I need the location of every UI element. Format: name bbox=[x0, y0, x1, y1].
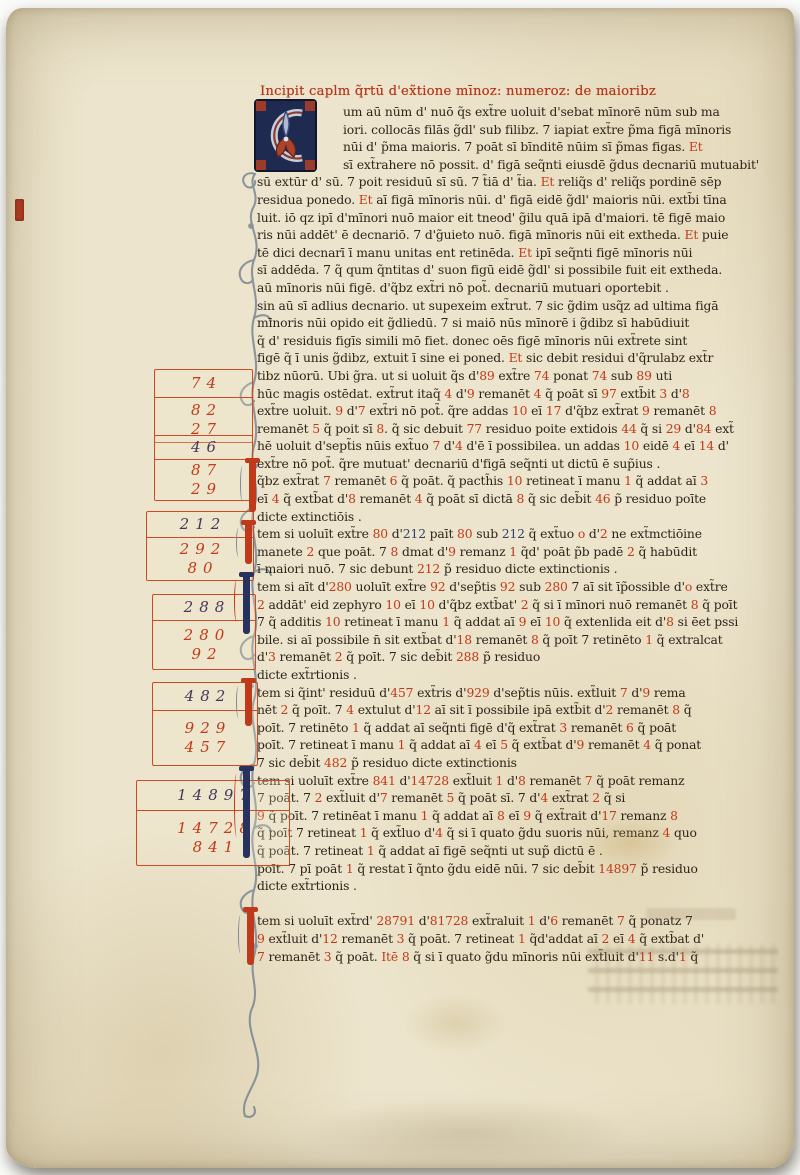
text-segment: d' bbox=[415, 914, 430, 928]
parchment-stain bbox=[386, 983, 526, 1063]
text-segment: q̃ si bbox=[600, 791, 625, 805]
text-segment: q̃bz ext̃rat bbox=[257, 474, 323, 488]
text-segment: 17 bbox=[601, 809, 616, 823]
text-segment: mīnoris nūi opido eit g̃dliedū. 7 si mai… bbox=[257, 316, 689, 330]
text-line: hūc magis ostēdat. ext̃rut itaq̃ 4 d'9 r… bbox=[257, 386, 777, 404]
text-segment: 44 bbox=[621, 422, 636, 436]
text-segment: que poāt. 7 bbox=[314, 545, 390, 559]
initial-flourish bbox=[238, 915, 243, 954]
text-segment: 9 bbox=[467, 387, 475, 401]
text-line: nūi d' p̃ma maioris. 7 poāt sī bīnditē n… bbox=[257, 139, 777, 157]
text-segment: nēt bbox=[257, 703, 281, 717]
text-segment: d' bbox=[714, 439, 729, 453]
medieval-numeral: 288 bbox=[178, 598, 231, 617]
paragraph-initial-I bbox=[239, 574, 255, 634]
text-segment: retineat ī manu bbox=[341, 615, 443, 629]
initial-stem bbox=[245, 522, 252, 564]
text-segment: eidē bbox=[639, 439, 672, 453]
text-segment: 3 bbox=[659, 387, 667, 401]
text-segment: d' bbox=[396, 774, 411, 788]
text-segment: ext̃ bbox=[711, 422, 734, 436]
text-segment: d' bbox=[343, 404, 358, 418]
text-segment: d' bbox=[257, 650, 268, 664]
text-segment: ext̃luit d' bbox=[265, 932, 323, 946]
text-segment: remanēt bbox=[257, 422, 312, 436]
text-segment: q̃ ext̃luo d' bbox=[367, 826, 435, 840]
text-segment: rema bbox=[650, 686, 685, 700]
box-cell: 8729 bbox=[155, 459, 252, 500]
paragraph-initial-I bbox=[245, 460, 261, 512]
text-segment: 8 bbox=[666, 615, 674, 629]
text-segment: ris nūi addēt' ē decnariō. 7 d'g̃uieto n… bbox=[257, 228, 684, 242]
text-segment: poīt. 7 retineat ī manu bbox=[257, 738, 398, 752]
text-line: 2 addāt' eid zephyro 10 eī 10 d'q̃bz ext… bbox=[257, 597, 777, 615]
text-segment: 97 bbox=[601, 387, 616, 401]
text-segment: 1 bbox=[367, 844, 375, 858]
text-segment: dmat d' bbox=[398, 545, 448, 559]
text-line: sū extūr d' sū. 7 poit residuū sī sū. 7 … bbox=[257, 174, 777, 192]
text-line: dicte ext̃rtionis . bbox=[257, 667, 777, 685]
text-segment: d' bbox=[681, 422, 696, 436]
text-segment: uoluīt ext̃re bbox=[352, 580, 430, 594]
text-line: sī ext̃rahere nō possit. d' figā seq̃nti… bbox=[257, 157, 777, 175]
text-segment: retineat ī manu bbox=[522, 474, 624, 488]
initial-flourish bbox=[236, 528, 241, 557]
text-segment: eī bbox=[505, 809, 524, 823]
text-line: tem si uoluīt ext̃re 80 d'212 paīt 80 su… bbox=[257, 526, 777, 544]
text-segment: 280 bbox=[329, 580, 352, 594]
text-segment: puie bbox=[698, 228, 728, 242]
text-segment: 14897 bbox=[598, 862, 637, 876]
text-segment: addāt' eid zephyro bbox=[265, 598, 386, 612]
text-segment: q̃ addat aī bbox=[428, 809, 497, 823]
box-cell: 46 bbox=[155, 436, 252, 459]
text-segment: d' bbox=[388, 527, 403, 541]
text-segment: sub bbox=[515, 580, 544, 594]
text-segment: paīt bbox=[426, 527, 457, 541]
text-segment: 74 bbox=[592, 369, 607, 383]
text-line: sin aū sī adlius decnario. ut supexeim e… bbox=[257, 298, 777, 316]
text-line: nēt 2 q̃ poīt. 7 4 extulut d'12 aī sit ī… bbox=[257, 702, 777, 720]
text-segment: 3 bbox=[559, 721, 567, 735]
text-segment: extulut d' bbox=[354, 703, 416, 717]
text-segment: q̃ poāt bbox=[634, 721, 676, 735]
text-segment: 9 bbox=[642, 404, 650, 418]
text-segment: Et bbox=[518, 246, 532, 260]
initial-stem bbox=[243, 768, 250, 858]
text-segment: p̃ residuo bbox=[479, 650, 540, 664]
text-segment: 1 bbox=[509, 545, 517, 559]
manuscript-scan: { "palette": { "ink": "#2e2419", "red": … bbox=[0, 0, 800, 1175]
text-segment: 7 bbox=[617, 914, 625, 928]
text-segment: remanēt bbox=[276, 650, 335, 664]
text-column: um aū nūm d' nuō q̃s ext̃re uoluit d'seb… bbox=[257, 104, 777, 966]
text-segment: d' bbox=[667, 387, 682, 401]
text-line: q̃ poīt 7 retineat 1 q̃ ext̃luo d'4 q̃ s… bbox=[257, 825, 777, 843]
text-segment: 77 bbox=[467, 422, 482, 436]
box-cell: 14897 bbox=[137, 781, 289, 810]
text-segment: residuo poite extidois bbox=[482, 422, 621, 436]
text-line: manete 2 que poāt. 7 8 dmat d'9 remanz 1… bbox=[257, 544, 777, 562]
text-segment: q̃ si ī mīnori nuō remanēt bbox=[528, 598, 690, 612]
medieval-numeral: 80 bbox=[181, 559, 218, 578]
text-segment: 8 bbox=[531, 633, 539, 647]
text-segment: 4 bbox=[415, 492, 423, 506]
text-segment: aī sit ī possibile ipā extb̃it d' bbox=[431, 703, 606, 717]
text-segment: 2 bbox=[592, 791, 600, 805]
text-segment: 8 bbox=[672, 703, 680, 717]
text-segment: remanēt bbox=[584, 738, 643, 752]
text-segment: q̃ addat aī figē seq̃nti ut sup̃ dictū ē… bbox=[375, 844, 603, 858]
text-segment: 10 bbox=[512, 404, 527, 418]
text-segment: ext̃re bbox=[495, 369, 534, 383]
text-line: aū mīnoris nūi figē. d'q̃bz ext̃ri nō po… bbox=[257, 280, 777, 298]
text-segment: 6 bbox=[626, 721, 634, 735]
text-line: poīt. 7 retineat ī manu 1 q̃ addat aī 4 … bbox=[257, 737, 777, 755]
box-cell: 14728841 bbox=[137, 810, 289, 865]
text-line: poīt. 7 pī poāt 1 q̃ restat ī q̃nto g̃du… bbox=[257, 861, 777, 879]
text-segment: remanēt bbox=[650, 404, 709, 418]
text-segment: 4 bbox=[643, 738, 651, 752]
text-segment: 2 bbox=[600, 527, 608, 541]
text-segment: 6 bbox=[550, 914, 558, 928]
text-line: dicte ext̃rtionis . bbox=[257, 878, 777, 896]
text-segment: 10 bbox=[325, 615, 340, 629]
text-segment: q̃ sic deb̃it bbox=[524, 492, 595, 506]
text-line: tē dici decnarī ī manu unitas ent retinē… bbox=[257, 245, 777, 263]
text-segment: q̃ ext̃uo bbox=[525, 527, 578, 541]
text-segment: 17 bbox=[546, 404, 561, 418]
initial-flourish bbox=[240, 466, 245, 502]
text-segment: 9 bbox=[642, 686, 650, 700]
text-segment: remanēt bbox=[265, 950, 324, 964]
medieval-numeral: 92 bbox=[185, 645, 222, 664]
text-line: poīt. 7 retinēto 1 q̃ addat aī seq̃nti f… bbox=[257, 720, 777, 738]
text-segment: um aū nūm d' nuō q̃s ext̃re uoluit d'seb… bbox=[343, 105, 720, 119]
text-segment: 80 bbox=[373, 527, 388, 541]
text-segment: q̃ poīt. 7 sic deb̃it bbox=[342, 650, 456, 664]
text-segment: 8 bbox=[497, 809, 505, 823]
text-segment: p̃ residuo bbox=[637, 862, 698, 876]
text-segment: q̃ poīt 7 retinēto bbox=[539, 633, 646, 647]
text-segment: 7 bbox=[358, 404, 366, 418]
text-segment: q̃ poīt bbox=[698, 598, 737, 612]
parchment-stain bbox=[256, 1088, 676, 1175]
text-segment: remanēt bbox=[558, 914, 617, 928]
text-segment: remanz bbox=[617, 809, 670, 823]
text-segment: eī bbox=[401, 598, 420, 612]
text-segment: 1 bbox=[624, 474, 632, 488]
text-segment: sub bbox=[472, 527, 501, 541]
text-segment: d'ē ī possibilea. un addas bbox=[463, 439, 624, 453]
text-segment: tem si uoluīt ext̃re bbox=[257, 527, 373, 541]
text-line: q̃ poāt. 7 retineat 1 q̃ addat aī figē s… bbox=[257, 843, 777, 861]
text-segment: sin aū sī adlius decnario. ut supexeim e… bbox=[257, 299, 718, 313]
rubric-title: Incipit caplm q̃rtū d'ex̃tione mīnoz: nu… bbox=[260, 84, 700, 99]
text-segment: uti bbox=[652, 369, 672, 383]
text-segment: 8 bbox=[518, 774, 526, 788]
text-segment: hē uoluit d'sept̃is nūis ext̃uo bbox=[257, 439, 432, 453]
text-segment: 8 bbox=[402, 950, 410, 964]
text-segment: o bbox=[578, 527, 585, 541]
text-segment: q̃ poāt sī bbox=[541, 387, 601, 401]
initial-stem bbox=[247, 909, 254, 965]
text-line: iori. collocās filās g̃dl' sub filibz. 7… bbox=[257, 122, 777, 140]
text-segment: 89 bbox=[479, 369, 494, 383]
text-segment: 89 bbox=[636, 369, 651, 383]
text-segment: d'q̃bz ext̃rat bbox=[561, 404, 642, 418]
medieval-numeral: 87 bbox=[185, 461, 222, 480]
text-segment: q̃ addat aī seq̃nti figē d'q̃ ext̃rat bbox=[360, 721, 560, 735]
text-segment: ext̃re bbox=[692, 580, 727, 594]
text-segment: d'q̃bz extb̃at' bbox=[435, 598, 521, 612]
text-segment: 4 bbox=[540, 791, 548, 805]
text-segment: remanēt bbox=[567, 721, 626, 735]
text-segment: d'sep̃tis bbox=[445, 580, 499, 594]
text-segment: q̃ poāt. q̃ pacth̃is bbox=[397, 474, 507, 488]
text-segment: q̃ restat ī q̃nto g̃du eidē nūi. 7 sic d… bbox=[354, 862, 599, 876]
text-segment: 482 bbox=[324, 756, 347, 770]
text-segment: luit. iō qz ipī d'mīnori nuō maior eit t… bbox=[257, 211, 725, 225]
text-segment: 3 bbox=[700, 474, 708, 488]
text-segment: ext̃luit bbox=[449, 774, 496, 788]
text-segment: 92 bbox=[500, 580, 515, 594]
text-line: um aū nūm d' nuō q̃s ext̃re uoluit d'seb… bbox=[257, 104, 777, 122]
text-line: tem si q̃int' residuū d'457 ext̃ris d'92… bbox=[257, 685, 777, 703]
text-segment: q̃ ponat bbox=[651, 738, 701, 752]
text-segment: 212 bbox=[403, 527, 426, 541]
text-segment: sī addēda. 7 q̃ qum q̃ntitas d' suon fig… bbox=[257, 263, 722, 277]
text-line: ext̃re nō pot̃. q̃re mutuat' decnariū d'… bbox=[257, 456, 777, 474]
text-segment: remanēt bbox=[613, 703, 672, 717]
text-segment: 10 bbox=[419, 598, 434, 612]
medieval-numeral: 280 bbox=[178, 626, 231, 645]
text-segment: remanēt bbox=[356, 492, 415, 506]
text-segment: 10 bbox=[624, 439, 639, 453]
text-segment: . q̃ sic debuit bbox=[384, 422, 466, 436]
text-segment: 7 bbox=[620, 686, 628, 700]
text-segment: 10 bbox=[385, 598, 400, 612]
text-segment: ī maiori nuō. 7 sic debunt bbox=[257, 562, 417, 576]
text-segment: 3 bbox=[268, 650, 276, 664]
text-segment: poīt. 7 retinēto bbox=[257, 721, 352, 735]
text-segment: 84 bbox=[696, 422, 711, 436]
text-segment: extb̃it bbox=[617, 387, 660, 401]
text-segment: 1 bbox=[645, 633, 653, 647]
text-segment: q̃ addat aī bbox=[450, 615, 519, 629]
text-line: tem si aīt d'280 uoluīt ext̃re 92 d'sep̃… bbox=[257, 579, 777, 597]
text-segment: dicte ext̃rtionis . bbox=[257, 879, 357, 893]
medieval-numeral: 841 bbox=[187, 838, 240, 857]
text-segment: eī bbox=[527, 404, 546, 418]
initial-stem bbox=[249, 460, 256, 512]
text-line: 9 q̃ poīt. 7 retinēat ī manu 1 q̃ addat … bbox=[257, 808, 777, 826]
text-segment: 28791 bbox=[376, 914, 415, 928]
text-segment: 280 bbox=[545, 580, 568, 594]
text-line: luit. iō qz ipī d'mīnori nuō maior eit t… bbox=[257, 210, 777, 228]
text-segment: 929 bbox=[466, 686, 489, 700]
text-segment: d' bbox=[452, 387, 467, 401]
text-segment: q̃ poīt. 7 bbox=[288, 703, 346, 717]
text-segment: bile. si aī possibile n̄ sit extb̃at d' bbox=[257, 633, 457, 647]
text-segment: remanēt bbox=[526, 774, 585, 788]
text-line: figē q̃ ī unis g̃dibz, extuit ī sine ei … bbox=[257, 350, 777, 368]
text-segment: eī bbox=[680, 439, 699, 453]
text-segment: q̃ extb̃at d' bbox=[508, 738, 577, 752]
text-line: eī 4 q̃ extb̃at d'8 remanēt 4 q̃ poāt sī… bbox=[257, 491, 777, 509]
medieval-numeral: 212 bbox=[174, 515, 227, 534]
text-segment: 12 bbox=[415, 703, 430, 717]
text-segment: ext̃re uoluit. bbox=[257, 404, 335, 418]
text-segment: 7 bbox=[323, 474, 331, 488]
text-segment: 9 bbox=[523, 809, 531, 823]
text-segment: q̃ poit sī bbox=[320, 422, 376, 436]
text-segment: 4 bbox=[455, 439, 463, 453]
show-through-mark bbox=[646, 908, 736, 920]
margin-number-box: 1489714728841 bbox=[136, 780, 290, 866]
text-segment: q̃d' poāt p̃b padē bbox=[517, 545, 627, 559]
text-segment: 7 bbox=[432, 439, 440, 453]
text-segment: q̃ habūdit bbox=[635, 545, 697, 559]
text-segment: 29 bbox=[666, 422, 681, 436]
medieval-numeral: 82 bbox=[185, 401, 222, 420]
text-segment: remanēt bbox=[338, 932, 397, 946]
text-segment: dicte extinctiōis . bbox=[257, 510, 362, 524]
text-segment: ext̃re nō pot̃. q̃re mutuat' decnariū d'… bbox=[257, 457, 660, 471]
text-segment: 457 bbox=[390, 686, 413, 700]
text-segment: reliq̃s d' reliq̃s pordinē sēp bbox=[554, 175, 721, 189]
fore-edge-tab bbox=[15, 199, 24, 221]
text-segment: 9 bbox=[448, 545, 456, 559]
text-segment: 288 bbox=[456, 650, 479, 664]
text-segment: q̃ poāt. bbox=[331, 950, 381, 964]
text-segment: 92 bbox=[430, 580, 445, 594]
text-segment: 8 bbox=[670, 809, 678, 823]
text-segment: 212 bbox=[502, 527, 525, 541]
text-segment: quo bbox=[670, 826, 697, 840]
text-segment: q̃ extralcat bbox=[653, 633, 723, 647]
text-segment: tem si aīt d' bbox=[257, 580, 329, 594]
text-line: ext̃re uoluit. 9 d'7 ext̃ri nō pot̃. q̃r… bbox=[257, 403, 777, 421]
text-segment: 7 bbox=[380, 791, 388, 805]
text-line: hē uoluit d'sept̃is nūis ext̃uo 7 d'4 d'… bbox=[257, 438, 777, 456]
paragraph-initial-I bbox=[241, 522, 257, 564]
text-segment: 841 bbox=[373, 774, 396, 788]
text-line: ris nūi addēt' ē decnariō. 7 d'g̃uieto n… bbox=[257, 227, 777, 245]
text-segment: remanēt bbox=[331, 474, 390, 488]
text-segment: d' bbox=[535, 914, 550, 928]
text-segment: 7 sic deb̃it bbox=[257, 756, 324, 770]
medieval-numeral: 482 bbox=[179, 687, 232, 706]
text-segment: 8 bbox=[682, 387, 690, 401]
text-segment: ne ext̃mctiōine bbox=[608, 527, 702, 541]
text-segment: ext̃ris d' bbox=[413, 686, 466, 700]
text-segment: q̃ poāt remanz bbox=[592, 774, 684, 788]
paragraph-initial-I bbox=[243, 909, 259, 965]
text-segment: nūi d' p̃ma maioris. 7 poāt sī bīnditē n… bbox=[343, 140, 689, 154]
medieval-numeral: 74 bbox=[185, 374, 222, 393]
text-segment: remanēt bbox=[388, 791, 447, 805]
text-segment: d' bbox=[585, 527, 600, 541]
text-segment: aī figā mīnoris nūi. d' figā eidē g̃dl' … bbox=[372, 193, 726, 207]
text-segment: 2 bbox=[627, 545, 635, 559]
text-segment: tem si uoluīt ext̃rd' bbox=[257, 914, 376, 928]
text-segment: Itē bbox=[381, 950, 398, 964]
text-segment: q̃ poāt sī dictā bbox=[423, 492, 517, 506]
text-segment: q̃ d' residuis figīs simili mō fiet. don… bbox=[257, 334, 687, 348]
text-line: q̃ d' residuis figīs simili mō fiet. don… bbox=[257, 333, 777, 351]
text-segment: remanēt bbox=[472, 633, 531, 647]
text-segment: 74 bbox=[534, 369, 549, 383]
text-segment: sic debit residui d'q̃rulabz ext̃r bbox=[522, 351, 713, 365]
text-segment: dicte ext̃rtionis . bbox=[257, 668, 357, 682]
text-segment: 10 bbox=[545, 615, 560, 629]
text-line: bile. si aī possibile n̄ sit extb̃at d'1… bbox=[257, 632, 777, 650]
text-segment: q̃ extenlida eit d' bbox=[560, 615, 666, 629]
text-segment: d' bbox=[440, 439, 455, 453]
text-segment: sī ext̃rahere nō possit. d' figā seq̃nti… bbox=[343, 158, 759, 172]
text-segment: ipī seq̃nti figē mīnoris nūi bbox=[532, 246, 692, 260]
text-segment: tem si q̃int' residuū d' bbox=[257, 686, 390, 700]
text-segment: tibz nūorū. Ubi g̃ra. ut si uoluit q̃s d… bbox=[257, 369, 479, 383]
text-segment: remanēt bbox=[475, 387, 534, 401]
text-segment: d'sep̃tis nūis. ext̃luit bbox=[490, 686, 620, 700]
parchment-page: Incipit caplm q̃rtū d'ex̃tione mīnoz: nu… bbox=[6, 8, 794, 1168]
box-cell: 74 bbox=[155, 370, 252, 397]
text-segment: 14728 bbox=[410, 774, 449, 788]
text-segment: iori. collocās filās g̃dl' sub filibz. 7… bbox=[343, 123, 731, 137]
medieval-numeral: 457 bbox=[179, 738, 232, 757]
text-segment: eī bbox=[482, 738, 501, 752]
text-segment: 80 bbox=[457, 527, 472, 541]
paragraph-initial-I bbox=[241, 680, 257, 726]
text-segment: p̃ residuo dicte extinctionis . bbox=[440, 562, 617, 576]
text-segment: tē dici decnarī ī manu unitas ent retinē… bbox=[257, 246, 518, 260]
medieval-numeral: 29 bbox=[185, 480, 222, 499]
text-segment: 2 bbox=[257, 598, 265, 612]
text-segment: Et bbox=[359, 193, 373, 207]
text-segment: q̃ si bbox=[637, 422, 666, 436]
text-line: tibz nūorū. Ubi g̃ra. ut si uoluit q̃s d… bbox=[257, 368, 777, 386]
text-segment: ext̃raluit bbox=[468, 914, 528, 928]
text-segment: 10 bbox=[507, 474, 522, 488]
text-line: ī maiori nuō. 7 sic debunt 212 p̃ residu… bbox=[257, 561, 777, 579]
text-line: 7 q̃ additis 10 retineat ī manu 1 q̃ add… bbox=[257, 614, 777, 632]
text-segment: 5 bbox=[500, 738, 508, 752]
medieval-numeral: 46 bbox=[185, 438, 222, 457]
text-segment: d' bbox=[628, 686, 643, 700]
text-segment: q̃ ext̃rait d' bbox=[531, 809, 601, 823]
text-line: mīnoris nūi opido eit g̃dliedū. 7 si mai… bbox=[257, 315, 777, 333]
text-segment: q̃ poāt sī. 7 d' bbox=[454, 791, 540, 805]
text-segment: 1 bbox=[518, 932, 526, 946]
initial-stem bbox=[245, 680, 252, 726]
text-line: 7 sic deb̃it 482 p̃ residuo dicte extinc… bbox=[257, 755, 777, 773]
text-line: 7 poāt. 7 2 ext̃luit d'7 remanēt 5 q̃ po… bbox=[257, 790, 777, 808]
text-segment: d' bbox=[503, 774, 518, 788]
text-segment: 7 q̃ additis bbox=[257, 615, 325, 629]
text-line: q̃bz ext̃rat 7 remanēt 6 q̃ poāt. q̃ pac… bbox=[257, 473, 777, 491]
text-segment: hūc magis ostēdat. ext̃rut itaq̃ bbox=[257, 387, 444, 401]
text-segment: ext̃ri nō pot̃. q̃re addas bbox=[366, 404, 512, 418]
text-segment: eī bbox=[526, 615, 545, 629]
text-segment: 8 bbox=[348, 492, 356, 506]
text-segment: 4 bbox=[474, 738, 482, 752]
text-segment: 18 bbox=[457, 633, 472, 647]
text-segment: 4 bbox=[346, 703, 354, 717]
initial-stem bbox=[243, 574, 250, 634]
text-segment: 14 bbox=[699, 439, 714, 453]
